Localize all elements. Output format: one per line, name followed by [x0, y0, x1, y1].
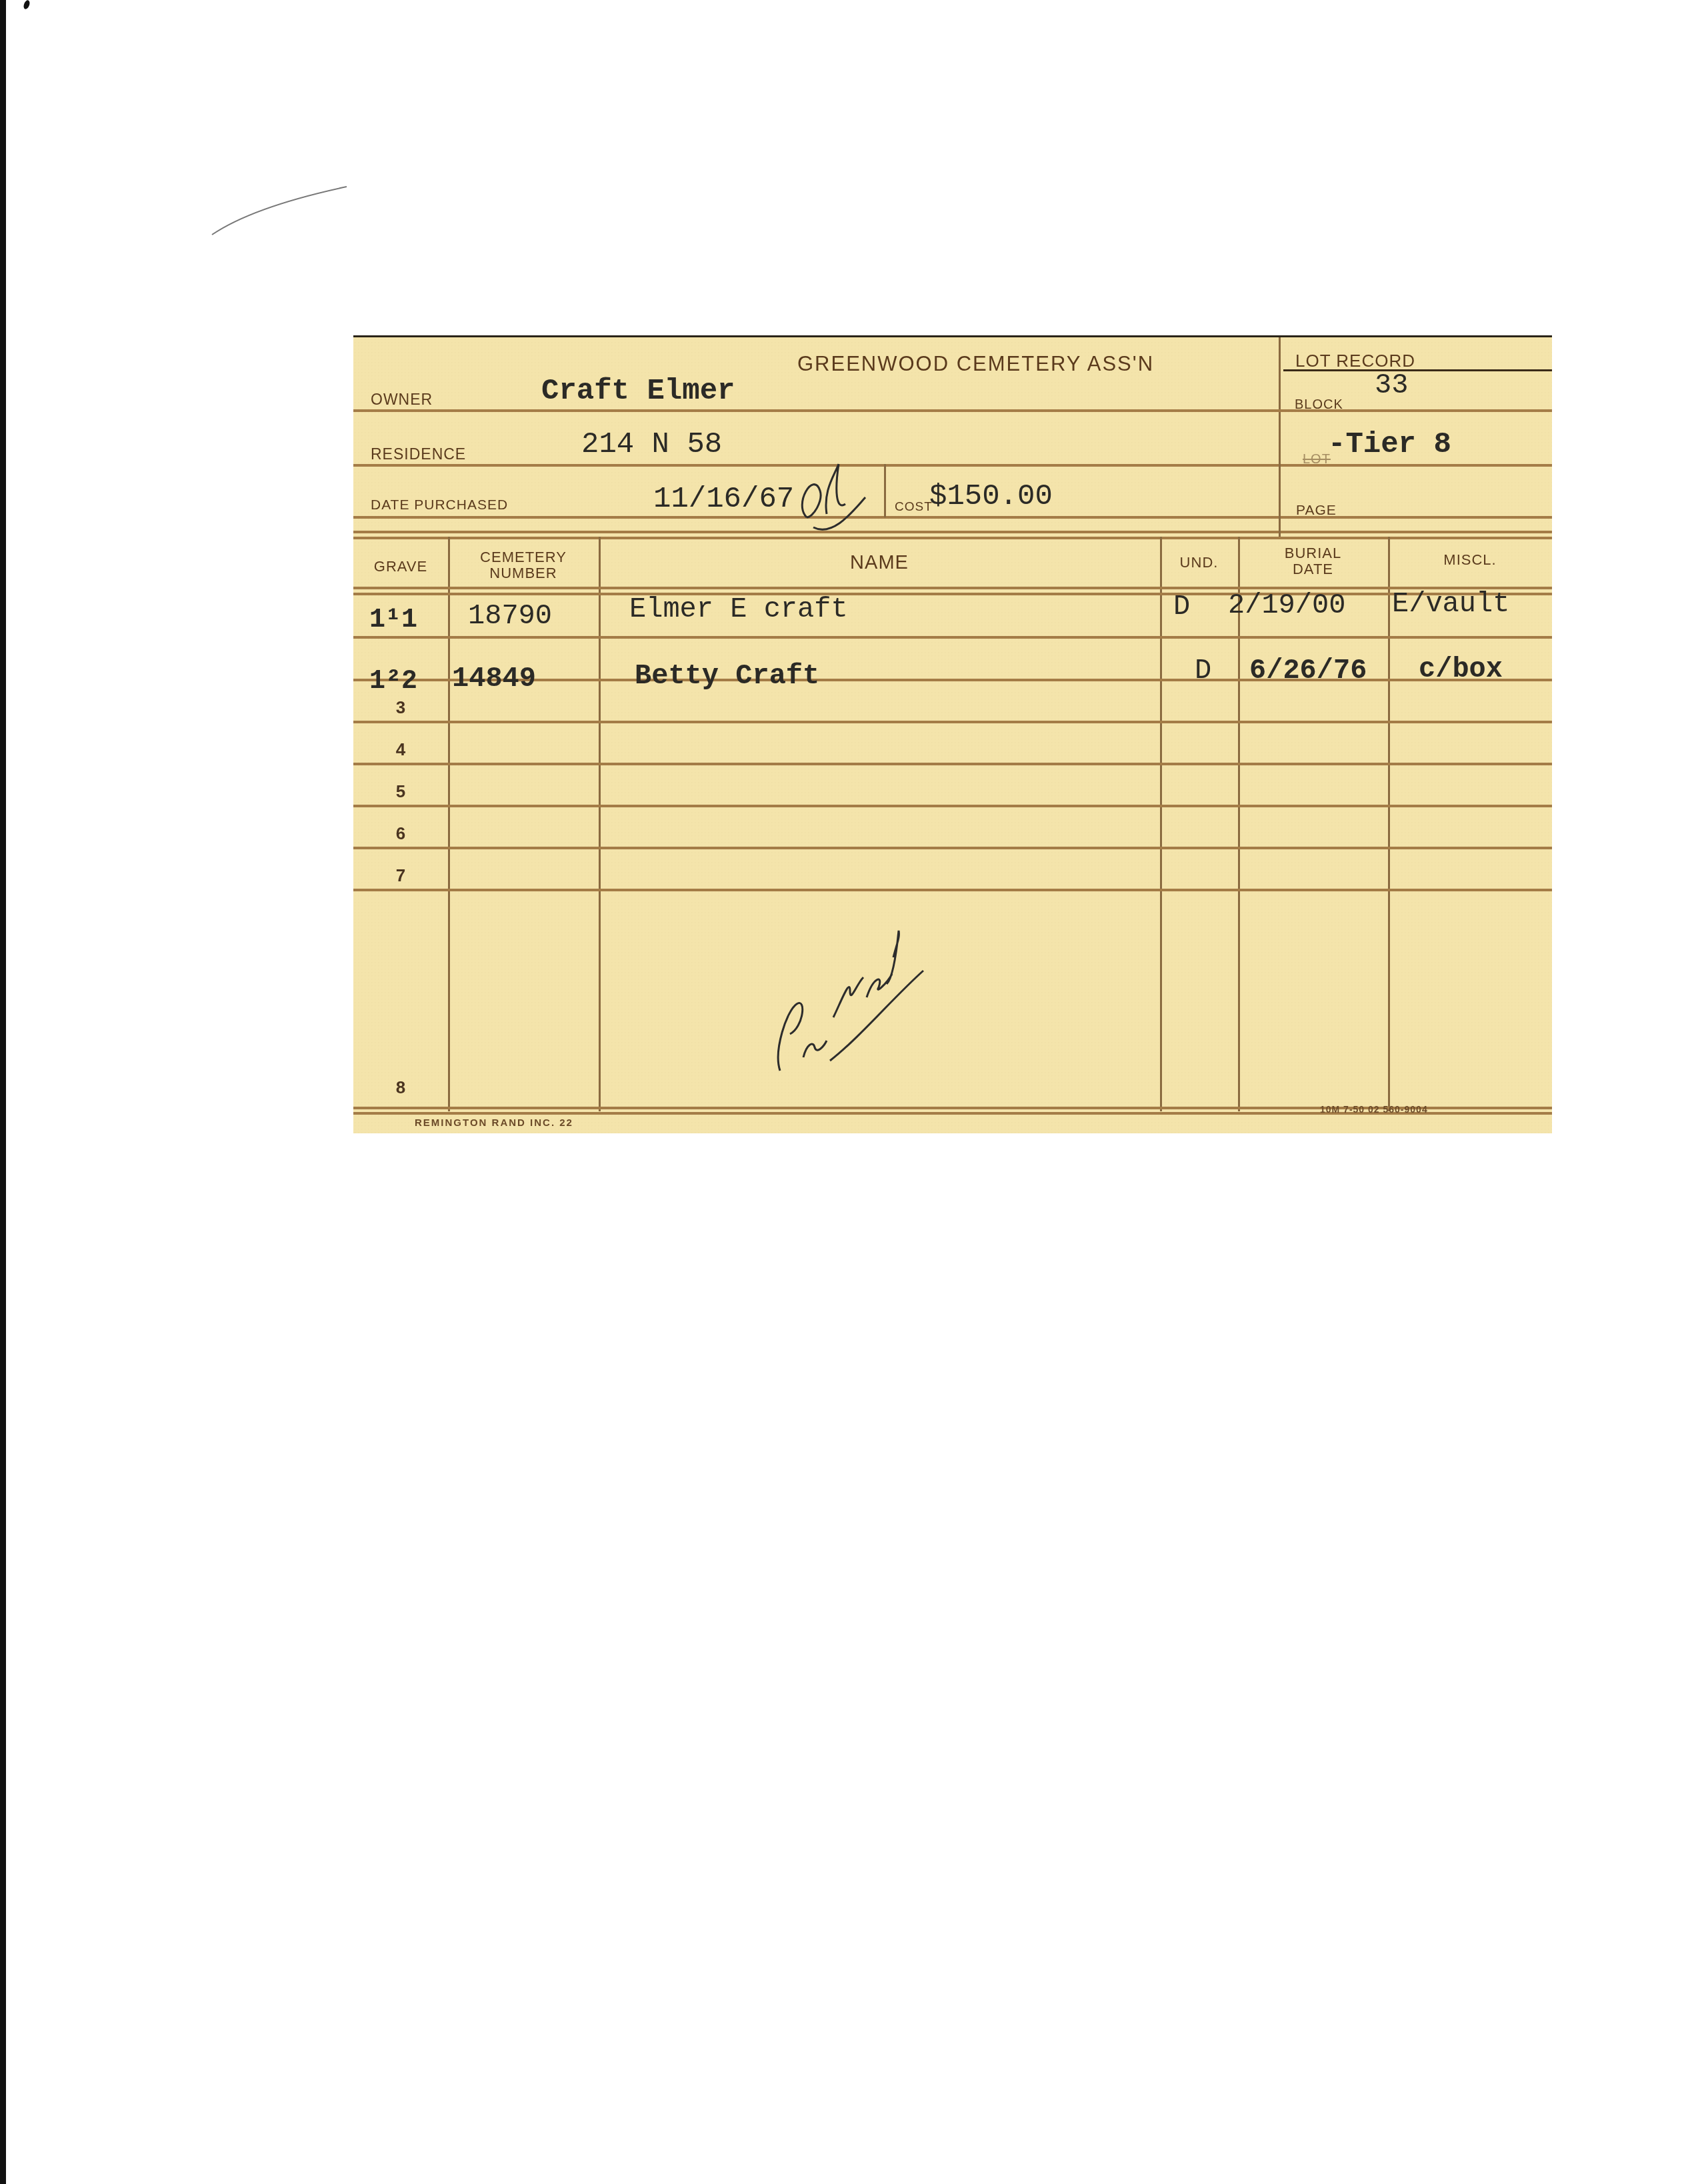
- lot-value: -Tier 8: [1328, 428, 1451, 461]
- header-cemetery-number-2: NUMBER: [448, 565, 599, 581]
- header-grave: GRAVE: [353, 559, 448, 575]
- date-purchased-label: DATE PURCHASED: [371, 497, 508, 513]
- col-divider-name: [1160, 537, 1162, 1111]
- row-5-grave: 5: [353, 781, 448, 802]
- header-double-rule-2: [353, 593, 1552, 595]
- owner-label: OWNER: [371, 391, 433, 409]
- row-rule: [353, 805, 1552, 807]
- header-cemetery-number-1: CEMETERY: [448, 549, 599, 565]
- col-divider-cemetery-number: [599, 537, 601, 1111]
- residence-label: RESIDENCE: [371, 445, 466, 463]
- row-2-miscl: c/box: [1419, 653, 1503, 685]
- lot-record-card: GREENWOOD CEMETERY ASS'N LOT RECORD OWNE…: [353, 335, 1552, 1133]
- header-miscl: MISCL.: [1388, 552, 1552, 568]
- row-2-cemetery-number: 14849: [452, 663, 536, 695]
- row-rule: [353, 847, 1552, 849]
- lot-panel-divider: [1279, 337, 1281, 537]
- footer-right-imprint: 10M 7-50 02 560-9004: [1320, 1104, 1428, 1115]
- row-rule: [353, 763, 1552, 765]
- block-label: BLOCK: [1295, 397, 1343, 413]
- residence-value: 214 N 58: [581, 428, 722, 461]
- row-1-burial-date: 2/19/00: [1228, 589, 1345, 621]
- pre-need-handwritten-note: [767, 911, 927, 1084]
- row-3-grave: 3: [353, 697, 448, 718]
- owner-rule: [353, 409, 1279, 412]
- card-title: GREENWOOD CEMETERY ASS'N: [797, 352, 1154, 376]
- row-2-name: Betty Craft: [635, 660, 819, 692]
- row-rule: [353, 636, 1552, 639]
- row-1-miscl: E/vault: [1392, 588, 1509, 620]
- page-label: PAGE: [1296, 503, 1337, 519]
- row-1-grave: 1¹1: [369, 605, 417, 635]
- header-name: NAME: [599, 555, 1160, 571]
- top-double-rule-1: [353, 531, 1552, 533]
- date-purchased-value: 11/16/67: [653, 483, 794, 516]
- residence-rule: [353, 464, 1552, 467]
- row-rule: [353, 889, 1552, 891]
- owner-value: Craft Elmer: [541, 375, 735, 408]
- row-4-grave: 4: [353, 739, 448, 760]
- lot-label: LOT: [1303, 452, 1331, 467]
- header-burial-date-2: DATE: [1238, 561, 1388, 577]
- row-rule: [353, 721, 1552, 723]
- row-2-burial-date: 6/26/76: [1249, 655, 1367, 687]
- col-divider-burial-date: [1388, 537, 1390, 1111]
- date-purchased-rule: [353, 516, 1552, 519]
- row-6-grave: 6: [353, 823, 448, 844]
- paid-handwritten-mark: [787, 451, 880, 537]
- footer-left-imprint: REMINGTON RAND INC. 22: [415, 1117, 573, 1129]
- lot-record-label: LOT RECORD: [1295, 351, 1415, 371]
- col-divider-grave: [448, 537, 450, 1111]
- row-1-cemetery-number: 18790: [468, 600, 552, 632]
- header-und: UND.: [1160, 555, 1238, 571]
- header-burial-date-1: BURIAL: [1238, 545, 1388, 561]
- row-2-grave: 1²2: [369, 667, 417, 697]
- top-double-rule-2: [353, 537, 1552, 539]
- col-divider-und: [1238, 537, 1240, 1111]
- row-1-und: D: [1173, 591, 1190, 623]
- cost-value: $150.00: [929, 480, 1053, 513]
- row-8-grave: 8: [353, 1077, 448, 1098]
- cost-label: COST: [895, 500, 933, 515]
- row-7-grave: 7: [353, 865, 448, 886]
- row-2-und: D: [1195, 655, 1211, 687]
- header-double-rule-1: [353, 587, 1552, 589]
- cost-divider: [884, 464, 886, 517]
- row-1-name: Elmer E craft: [629, 593, 848, 625]
- block-value: 33: [1375, 369, 1408, 401]
